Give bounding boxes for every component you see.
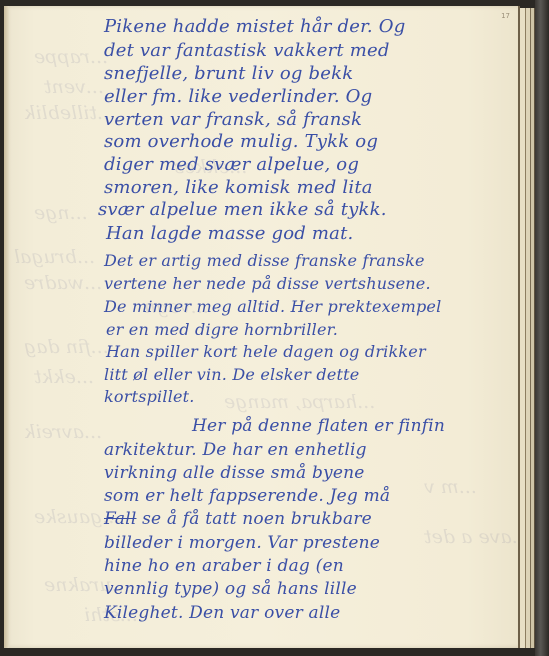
text-line: er en med digre hornbriller.	[106, 320, 338, 339]
bleed-through-text: ...wadre	[24, 272, 102, 294]
struck-out-word: Fall	[104, 509, 136, 529]
text-line: svær alpelue men ikke så tykk.	[98, 199, 387, 220]
text-line: hine ho en araber i dag (en	[104, 556, 344, 576]
text-line: billeder i morgen. Var prestene	[104, 533, 380, 553]
text-line: Det er artig med disse franske franske	[104, 251, 425, 270]
text-line: vennlig type) og så hans lille	[104, 579, 357, 599]
text-line: snefjelle, brunt liv og bekk	[104, 63, 353, 84]
page-gutter	[4, 6, 9, 648]
bleed-through-text: ...rappe	[34, 46, 108, 68]
text-line: Fall se å få tatt noen brukbare	[104, 509, 372, 529]
text-line: det var fantastisk vakkert med	[104, 40, 390, 61]
bleed-through-text: ...vent	[44, 76, 104, 98]
text-line-remainder: se å få tatt noen brukbare	[142, 509, 372, 529]
bleed-through-text: ...ave a det	[424, 526, 530, 548]
text-line: smoren, like komisk med lita	[104, 177, 373, 198]
text-line: Pikene hadde mistet hår der. Og	[104, 16, 405, 37]
bleed-through-text: ...nge	[34, 202, 88, 224]
text-line: diger med svær alpelue, og	[104, 154, 359, 175]
text-line: De minner meg alltid. Her prektexempel	[104, 297, 441, 316]
text-line: Her på denne flaten er finfin	[192, 416, 445, 436]
text-line: Kileghet. Den var over alle	[104, 603, 340, 623]
text-line: virkning alle disse små byene	[104, 463, 365, 483]
bleed-through-text: ...fin dag	[24, 336, 109, 358]
bleed-through-text: ...harpa, mange	[224, 391, 375, 413]
text-line: verten var fransk, så fransk	[104, 109, 362, 130]
text-line: som overhode mulig. Tykk og	[104, 131, 378, 152]
notebook-page: 17 ...rappe ...vent ...tilleblik ...ekke…	[4, 6, 520, 648]
text-line: eller fm. like vederlinder. Og	[104, 86, 372, 107]
text-line: Han spiller kort hele dagen og drikker	[106, 342, 426, 361]
text-line: kortspillet.	[104, 387, 195, 406]
page-number: 17	[501, 12, 510, 20]
scanned-notebook: 17 ...rappe ...vent ...tilleblik ...ekke…	[0, 0, 549, 656]
bleed-through-text: ...brugal	[14, 246, 95, 268]
text-line: litt øl eller vin. De elsker dette	[104, 365, 359, 384]
text-line: som er helt fappserende. Jeg må	[104, 486, 390, 506]
bleed-through-text: ...avreik	[24, 421, 102, 443]
text-line: arkitektur. De har en enhetlig	[104, 440, 367, 460]
bleed-through-text: ...m v	[424, 476, 477, 498]
bleed-through-text: ...ekkt	[34, 366, 94, 388]
bleed-through-text: ...tilleblik	[24, 102, 115, 124]
text-line: vertene her nede på disse vertshusene.	[104, 274, 431, 293]
notebook-cover-edge	[535, 0, 549, 656]
text-line: Han lagde masse god mat.	[106, 223, 353, 244]
